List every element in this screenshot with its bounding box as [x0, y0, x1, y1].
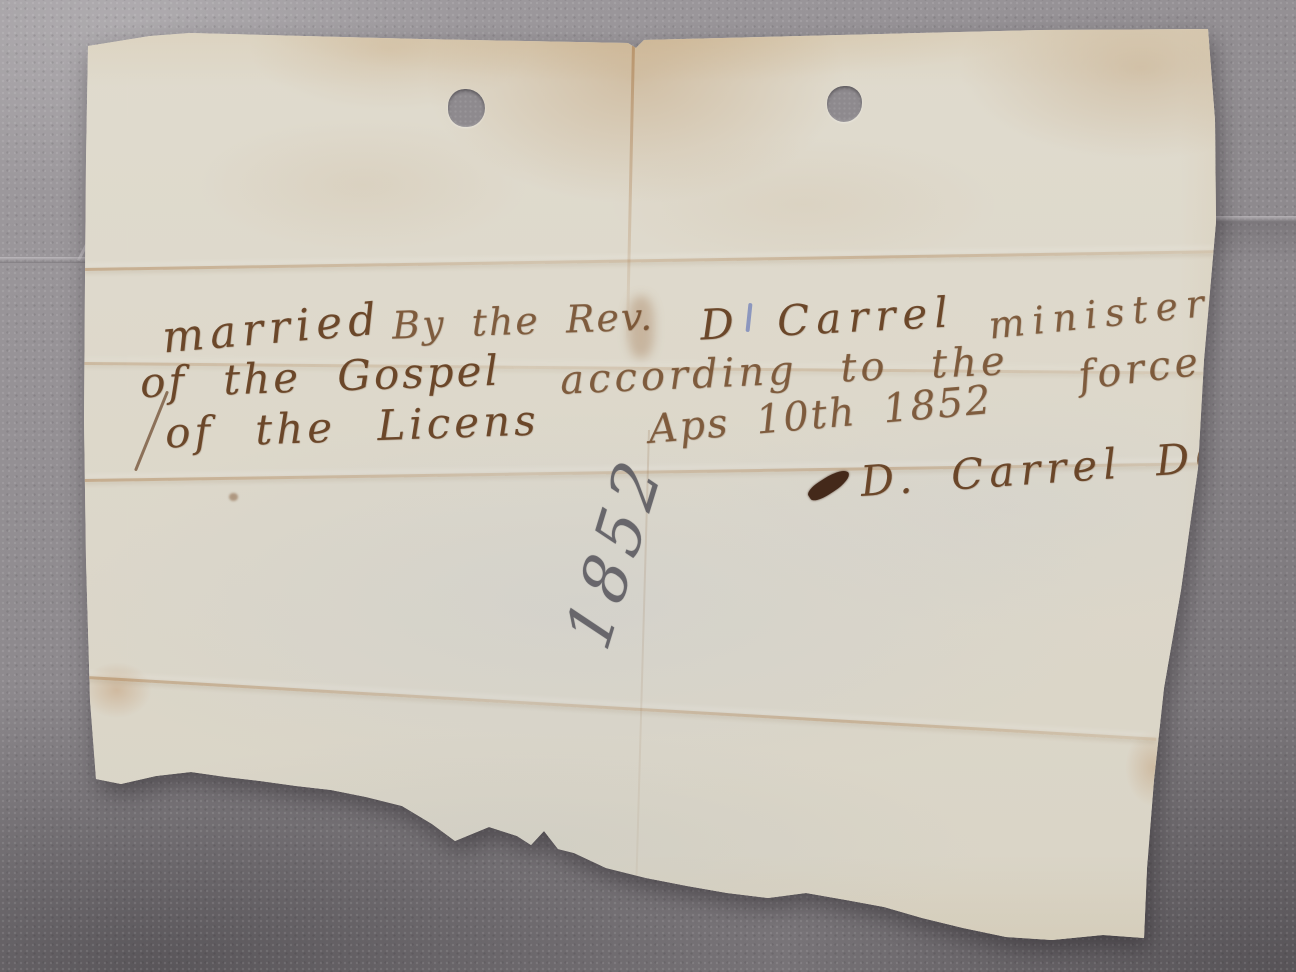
paper-wrapper: married By the Rev. D Carrel minister of… — [0, 0, 1296, 972]
document-paper: married By the Rev. D Carrel minister of… — [0, 0, 1296, 972]
fold-crease-top — [84, 250, 1215, 271]
handwriting-of-the-licens: of the Licens — [164, 395, 540, 457]
handwriting-minister: minister — [986, 280, 1214, 347]
handwriting-d-carrel: D Carrel — [699, 287, 956, 349]
handwriting-by-the-rev: By the Rev. — [391, 294, 654, 347]
handwriting-signature: D. Carrel DC — [859, 431, 1235, 506]
fold-crease-bottom — [86, 676, 1156, 741]
pencil-date-annotation: 1852 — [553, 444, 678, 659]
ink-blot — [805, 466, 852, 504]
stain-dot — [229, 493, 238, 501]
handwriting-force: force — [1076, 339, 1205, 400]
punch-hole-right — [827, 86, 862, 122]
paper-fiber — [631, 31, 636, 45]
photo-of-document-on-gray-surface: married By the Rev. D Carrel minister of… — [0, 0, 1296, 972]
punch-hole-left — [448, 89, 485, 127]
